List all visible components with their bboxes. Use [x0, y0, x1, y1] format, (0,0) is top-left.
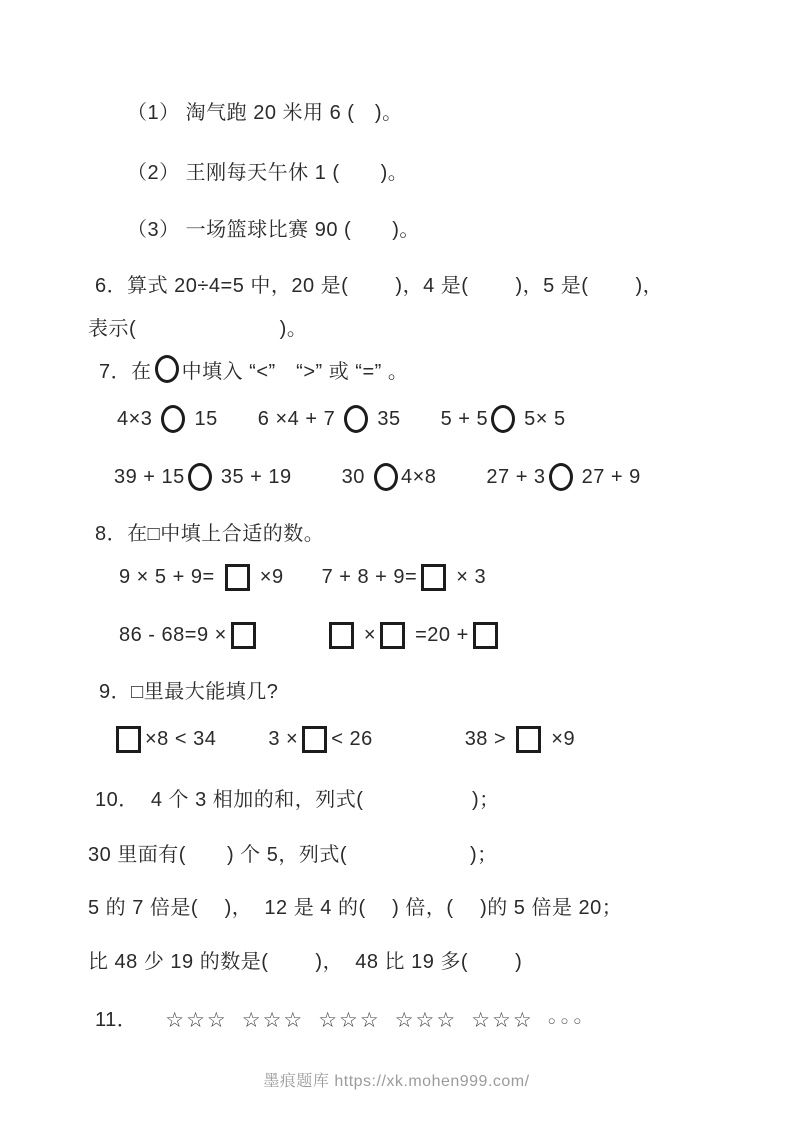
sub-item-1: （1） 淘气跑 20 米用 6 ( )。 — [127, 100, 403, 127]
q9-row: ×8 < 34 3 ×< 26 38 > ×9 — [112, 726, 575, 753]
equation-text: 9 × 5 + 9= — [119, 564, 221, 591]
equation-text: ×9 — [254, 564, 284, 591]
sub-item-3: （3） 一场篮球比赛 90 ( )。 — [127, 217, 420, 244]
equation-text: 86 - 68=9 × — [119, 622, 227, 649]
q10-line-3: 5 的 7 倍是( )， 12 是 4 的( ) 倍，( )的 5 倍是 20； — [88, 895, 622, 922]
equation-text: ×9 — [545, 726, 575, 753]
circle-group: ○○○ — [548, 1007, 587, 1034]
q6-line-1: 6．算式 20÷4=5 中，20 是( )，4 是( )，5 是( )， — [95, 273, 663, 300]
square-blank — [302, 726, 327, 753]
q10-line-2: 30 里面有( ) 个 5，列式( )； — [88, 842, 498, 869]
circle-blank — [491, 405, 515, 433]
equation-cell: 27 + 3 27 + 9 — [486, 463, 640, 491]
q7-row-2: 39 + 15 35 + 19 30 4×8 27 + 3 27 + 9 — [114, 463, 641, 491]
sub-item-2: （2） 王刚每天午休 1 ( )。 — [127, 160, 408, 187]
circle-blank — [549, 463, 573, 491]
equation-cell: 6 ×4 + 7 35 — [258, 405, 401, 433]
circle-blank — [161, 405, 185, 433]
q7-row-1: 4×3 15 6 ×4 + 7 35 5 + 5 5× 5 — [117, 405, 566, 433]
equation-text: 39 + 15 — [114, 464, 185, 491]
equation-cell: ×8 < 34 — [112, 726, 216, 753]
q11-number: 11． — [95, 1007, 137, 1034]
q7-title-suffix: 中填入 “<” “>” 或 “=” 。 — [182, 361, 409, 383]
square-blank — [421, 564, 446, 591]
equation-cell: 38 > ×9 — [465, 726, 575, 753]
equation-text: × — [358, 622, 376, 649]
equation-text: 35 — [371, 406, 400, 433]
equation-text: 27 + 9 — [576, 464, 641, 491]
square-blank — [329, 622, 354, 649]
equation-cell: 7 + 8 + 9= × 3 — [322, 564, 487, 591]
equation-cell: 39 + 15 35 + 19 — [114, 463, 292, 491]
equation-text: =20 + — [409, 622, 469, 649]
equation-text: < 26 — [331, 726, 372, 753]
equation-text: 27 + 3 — [486, 464, 545, 491]
square-blank — [231, 622, 256, 649]
star-group: ☆☆☆ — [471, 1007, 533, 1034]
equation-text: 5× 5 — [518, 406, 566, 433]
equation-cell: 9 × 5 + 9= ×9 — [119, 564, 284, 591]
equation-text: 6 ×4 + 7 — [258, 406, 341, 433]
worksheet-page: （1） 淘气跑 20 米用 6 ( )。 （2） 王刚每天午休 1 ( )。 （… — [0, 0, 793, 1122]
equation-cell: 86 - 68=9 × — [119, 622, 260, 649]
equation-text: ×8 < 34 — [145, 726, 216, 753]
equation-text: 4×3 — [117, 406, 158, 433]
q9-title: 9．□里最大能填几? — [99, 679, 278, 706]
equation-cell: × =20 + — [325, 622, 502, 649]
q6-line-2: 表示( )。 — [88, 316, 307, 343]
star-group: ☆☆☆ — [318, 1007, 380, 1034]
q11-line: 11． ☆☆☆ ☆☆☆ ☆☆☆ ☆☆☆ ☆☆☆ ○○○ — [95, 1007, 586, 1034]
equation-text: 3 × — [268, 726, 298, 753]
equation-cell: 5 + 5 5× 5 — [441, 405, 566, 433]
square-blank — [473, 622, 498, 649]
equation-text: 35 + 19 — [215, 464, 292, 491]
equation-text: 7 + 8 + 9= — [322, 564, 418, 591]
square-blank — [380, 622, 405, 649]
star-group: ☆☆☆ — [242, 1007, 304, 1034]
q10-line-1: 10． 4 个 3 相加的和，列式( )； — [95, 787, 500, 814]
q7-title-prefix: 7．在 — [99, 361, 152, 383]
equation-cell: 30 4×8 — [342, 463, 437, 491]
equation-cell: 3 ×< 26 — [268, 726, 372, 753]
q8-row-2: 86 - 68=9 × × =20 + — [119, 622, 502, 649]
circle-blank — [155, 355, 179, 383]
circle-blank — [374, 463, 398, 491]
star-group: ☆☆☆ — [395, 1007, 457, 1034]
q8-row-1: 9 × 5 + 9= ×9 7 + 8 + 9= × 3 — [119, 564, 486, 591]
equation-text: 4×8 — [401, 464, 436, 491]
square-blank — [516, 726, 541, 753]
circle-blank — [188, 463, 212, 491]
square-blank — [225, 564, 250, 591]
star-group: ☆☆☆ — [165, 1007, 227, 1034]
equation-text: 30 — [342, 464, 371, 491]
equation-text: × 3 — [450, 564, 486, 591]
equation-text: 5 + 5 — [441, 406, 489, 433]
q7-title: 7．在中填入 “<” “>” 或 “=” 。 — [99, 355, 408, 386]
footer-credit: 墨痕题库 https://xk.mohen999.com/ — [0, 1068, 793, 1091]
equation-cell: 4×3 15 — [117, 405, 218, 433]
equation-text: 15 — [188, 406, 217, 433]
square-blank — [116, 726, 141, 753]
circle-blank — [344, 405, 368, 433]
q8-title: 8．在□中填上合适的数。 — [95, 521, 324, 548]
equation-text: 38 > — [465, 726, 513, 753]
q10-line-4: 比 48 少 19 的数是( )， 48 比 19 多( ) — [88, 949, 522, 976]
